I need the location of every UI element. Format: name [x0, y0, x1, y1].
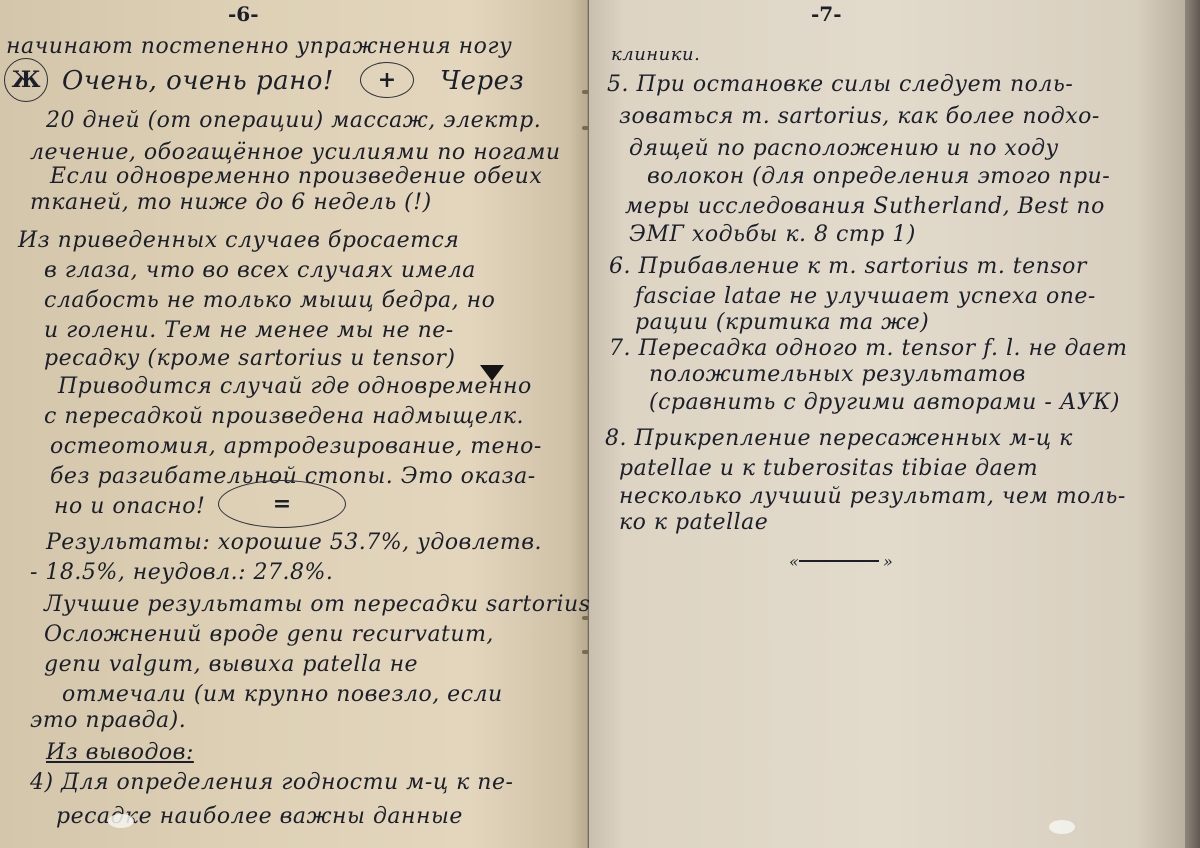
handwritten-line: отмечали (им крупно повезло, если: [62, 682, 503, 707]
list-item-8: 8. Прикрепление пересаженных м-ц к: [605, 426, 1073, 451]
results-line: - 18.5%, неудовл.: 27.8%.: [30, 560, 333, 585]
circled-mark-icon: Ж: [4, 58, 48, 102]
handwritten-line: fasciae latae не улучшает успеха опе-: [635, 284, 1096, 309]
handwritten-line: Через: [440, 66, 524, 96]
end-quote-open: «: [789, 552, 799, 571]
handwritten-line: (сравнить с другими авторами - АУК): [649, 390, 1120, 415]
handwritten-line: Очень, очень рано!: [62, 66, 334, 96]
right-page: -7- клиники. 5. При остановке силы следу…: [589, 0, 1185, 848]
page-number-6: -6-: [228, 2, 259, 26]
handwritten-line: и голени. Тем не менее мы не пе-: [44, 318, 454, 343]
handwritten-line: клиники.: [611, 44, 700, 65]
paper-spot: [1049, 820, 1075, 834]
circled-equals-icon: =: [218, 480, 346, 528]
paper-spot: [108, 814, 134, 828]
list-item-6: 6. Прибавление к m. sartorius m. tensor: [609, 254, 1087, 279]
handwritten-line: 4) Для определения годности м-ц к пе-: [30, 770, 513, 795]
handwritten-line: ресадку (кроме sartorius и tensor): [44, 346, 456, 371]
handwritten-line: лечение, обогащённое усилиями по ногами: [30, 140, 561, 165]
handwritten-line: положительных результатов: [649, 362, 1026, 387]
handwritten-line: 20 дней (от операции) массаж, электр.: [46, 108, 541, 133]
handwritten-line: Если одновременно произведение обеих: [50, 164, 542, 189]
end-quote-close: »: [883, 552, 893, 571]
handwritten-line: слабость не только мышц бедра, но: [44, 288, 495, 313]
handwritten-line: Осложнений вроде genu recurvatum,: [44, 622, 494, 647]
handwritten-line: начинают постепенно упражнения ногу: [6, 34, 512, 59]
handwritten-line: но и опасно!: [54, 494, 205, 519]
handwritten-line: с пересадкой произведена надмыщелк.: [44, 404, 524, 429]
handwritten-line: Лучшие результаты от пересадки sartorius…: [44, 592, 598, 617]
notebook-spread: -6- начинают постепенно упражнения ногу …: [0, 0, 1200, 848]
list-item-7: 7. Пересадка одного m. tensor f. l. не д…: [609, 336, 1127, 361]
handwritten-line: ко к patellae: [619, 510, 768, 535]
handwritten-line: меры исследования Sutherland, Best по: [625, 194, 1105, 219]
handwritten-line: рации (критика та же): [635, 310, 929, 335]
handwritten-line: genu valgum, вывиха patella не: [44, 652, 418, 677]
handwritten-line: Из приведенных случаев бросается: [18, 228, 459, 253]
left-page: -6- начинают постепенно упражнения ногу …: [0, 0, 588, 848]
background-edge: [1185, 0, 1200, 848]
handwritten-line: Приводится случай где одновременно: [58, 374, 532, 399]
handwritten-line: остеотомия, артродезирование, тено-: [50, 434, 542, 459]
handwritten-line: дящей по расположению и по ходу: [629, 136, 1059, 161]
handwritten-line: в глаза, что во всех случаях имела: [44, 258, 476, 283]
end-mark-dash: [799, 560, 879, 562]
page-number-7: -7-: [811, 2, 842, 26]
handwritten-line: ЭМГ ходьбы к. 8 стр 1): [629, 222, 916, 247]
list-item-5: 5. При остановке силы следует поль-: [607, 72, 1073, 97]
handwritten-line: волокон (для определения этого при-: [647, 164, 1110, 189]
handwritten-line: тканей, то ниже до 6 недель (!): [30, 190, 432, 215]
handwritten-line: несколько лучший результат, чем толь-: [619, 484, 1126, 509]
section-heading-conclusions: Из выводов:: [46, 740, 194, 765]
handwritten-line: зоваться m. sartorius, как более подхо-: [619, 104, 1100, 129]
handwritten-line: patellae и к tuberositas tibiae дает: [619, 456, 1038, 481]
handwritten-line: это правда).: [30, 708, 186, 733]
circled-plus-icon: +: [360, 62, 414, 98]
results-line: Результаты: хорошие 53.7%, удовлетв.: [46, 530, 542, 555]
